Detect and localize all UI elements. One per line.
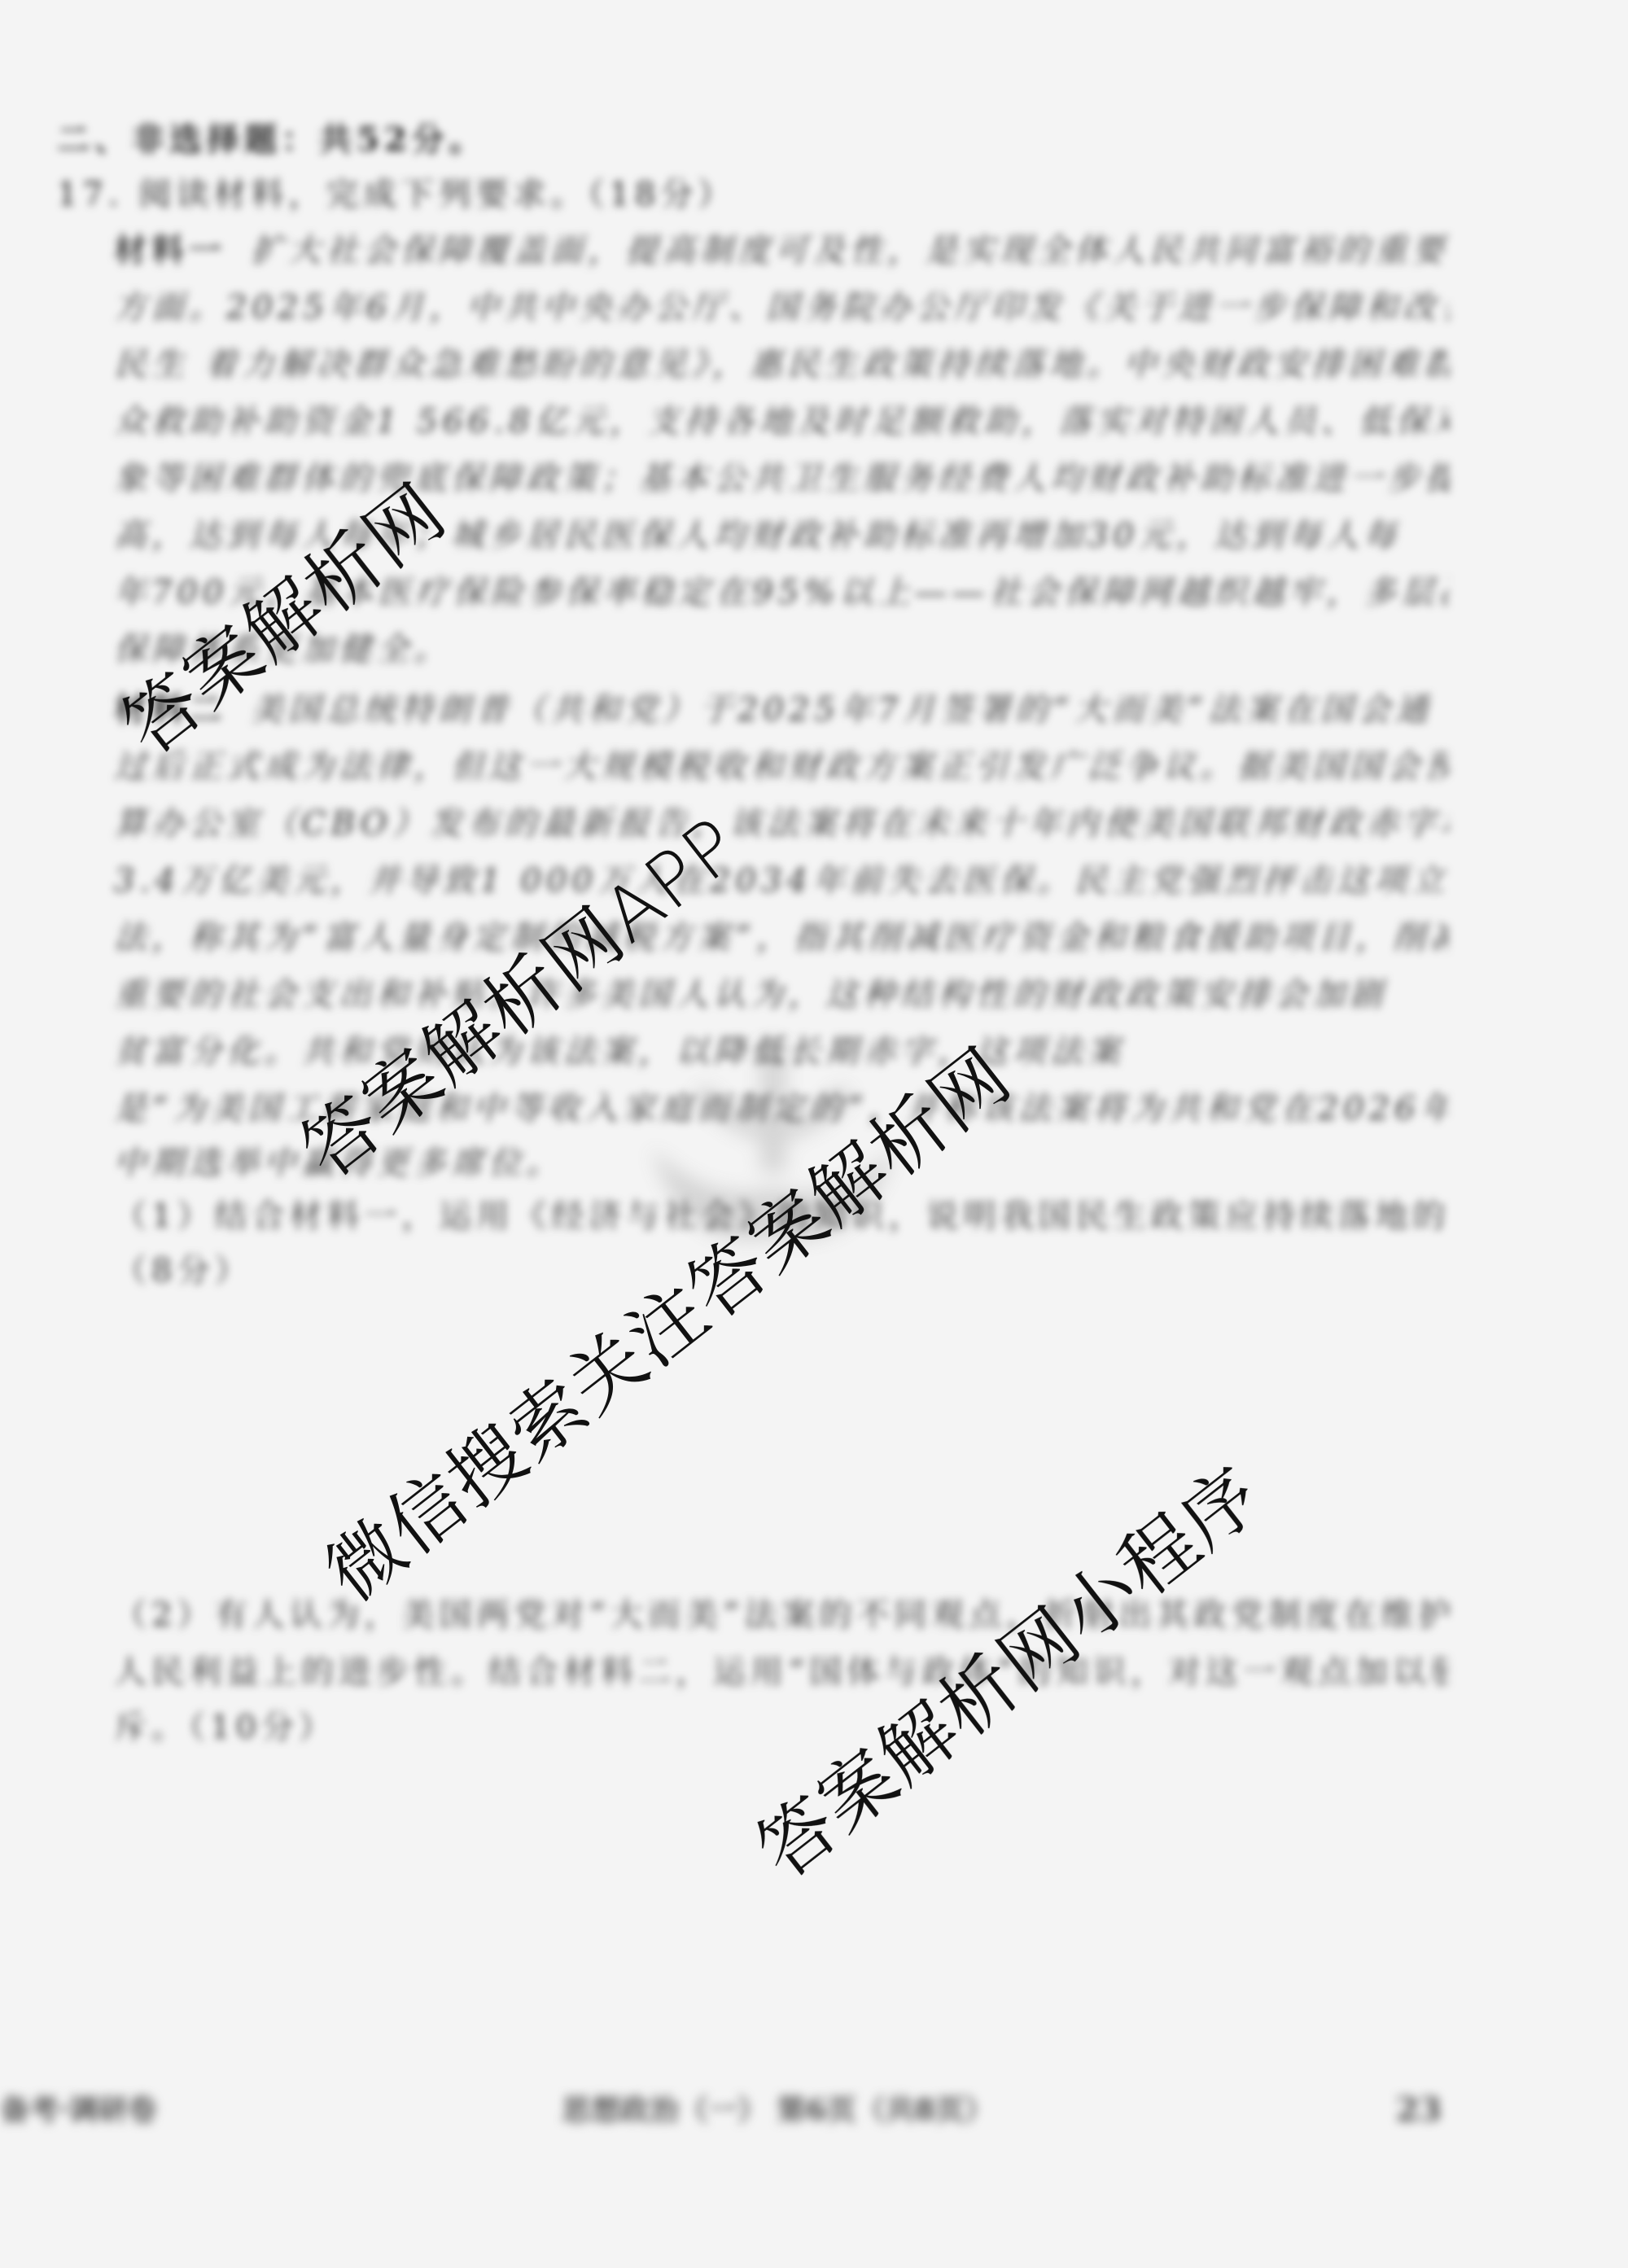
question-17-prompt: 17. 阅读材料，完成下列要求。（18分）	[57, 175, 1392, 214]
material-2-line: 法，称其为“富人量身定制的减税方案”，指其削减医疗资金和粮食援助项目，削减对普通…	[114, 918, 1449, 957]
material-1-line: 众救助补助资金1 566.8亿元，支持各地及时足额救助，落实对特困人员、低保对	[114, 402, 1449, 441]
footer-page-info: 思想政治（一） 第6页（共8页）	[562, 2091, 994, 2130]
material-1-line: 材料一扩大社会保障覆盖面，提高制度可及性，是实现全体人民共同富裕的重要	[114, 231, 1449, 270]
exam-page: 二、非选择题：共52分。 17. 阅读材料，完成下列要求。（18分） 材料一扩大…	[0, 0, 1628, 2268]
material-1-line: 民生 着力解决群众急难愁盼的意见》，惠民生政策持续落地。中央财政安排困难群	[114, 345, 1449, 384]
material-2-line: 算办公室（CBO）发布的最新报告，该法案将在未来十年内使美国联邦财政赤字增加	[114, 804, 1449, 843]
sub-question-2-line: 人民利益上的进步性。结合材料二，运用“国体与政体”的知识，对这一观点加以驳	[114, 1653, 1449, 1692]
material-2-line: 3.4万亿美元，并导致1 000万人在2034年前失去医保。民主党强烈抨击这项立	[114, 861, 1449, 900]
sub-question-2-line: （2）有人认为，美国两党对“大而美”法案的不同观点，折射出其政党制度在维护	[114, 1596, 1449, 1635]
sub-question-2-line: 斥。（10分）	[114, 1708, 1449, 1747]
footer-page-number: 23	[1396, 2091, 1442, 2130]
material-2-line: 材料二美国总统特朗普（共和党）于2025年7月签署的“大而美”法案在国会通	[114, 690, 1449, 729]
material-1-label: 材料一	[114, 231, 226, 269]
material-2-line: 重要的社会支出和补贴。许多美国人认为，这种结构性的财政政策安排会加剧	[114, 975, 1449, 1014]
material-1-line: 象等困难群体的兜底保障政策；基本公共卫生服务经费人均财政补助标准进一步提	[114, 459, 1449, 498]
material-2-line: 贫富分化。共和党则认为该法案，以降低长期赤字，这项法案	[114, 1032, 1449, 1071]
material-1-line: 方面。2025年6月，中共中央办公厅、国务院办公厅印发《关于进一步保障和改善	[114, 288, 1449, 327]
footer-left: 备考·调研卷	[0, 2091, 157, 2130]
section-header: 二、非选择题：共52分。	[57, 120, 1392, 160]
material-2-line: 过后正式成为法律，但这一大规模税收和财政方案正引发广泛争议。据美国国会预	[114, 747, 1449, 786]
